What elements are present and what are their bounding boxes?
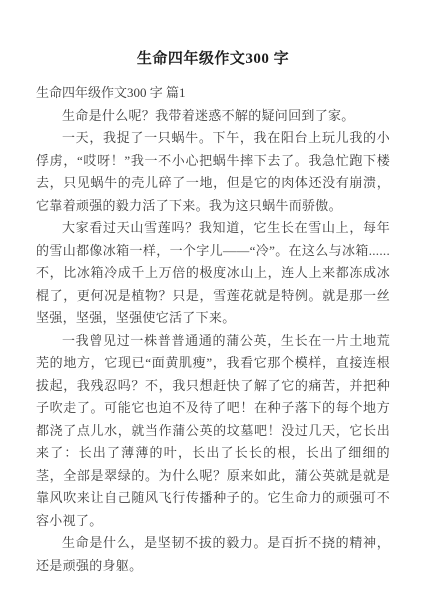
paragraph-dandelion: 一我曾见过一株普普通通的蒲公英，生长在一片土地荒芜的地方，它现已“面黄肌瘦”，我… xyxy=(36,330,390,533)
document-subtitle: 生命四年级作文300 字 篇1 xyxy=(36,82,390,105)
paragraph-snail: 一天，我捉了一只蜗牛。下午，我在阳台上玩儿我的小俘虏，“哎呀！”我一不小心把蜗牛… xyxy=(36,127,390,217)
paragraph-snow-lotus: 大家看过天山雪莲吗？我知道，它生长在雪山上，每年的雪山都像冰箱一样，一个字儿——… xyxy=(36,217,390,330)
paragraph-conclusion: 生命是什么，是坚韧不拔的毅力。是百折不挠的精神，还是顽强的身躯。 xyxy=(36,532,390,577)
document-title: 生命四年级作文300 字 xyxy=(36,48,390,70)
paragraph-intro: 生命是什么呢？我带着迷惑不解的疑问回到了家。 xyxy=(36,105,390,128)
document-page: 生命四年级作文300 字 生命四年级作文300 字 篇1 生命是什么呢？我带着迷… xyxy=(0,0,424,600)
